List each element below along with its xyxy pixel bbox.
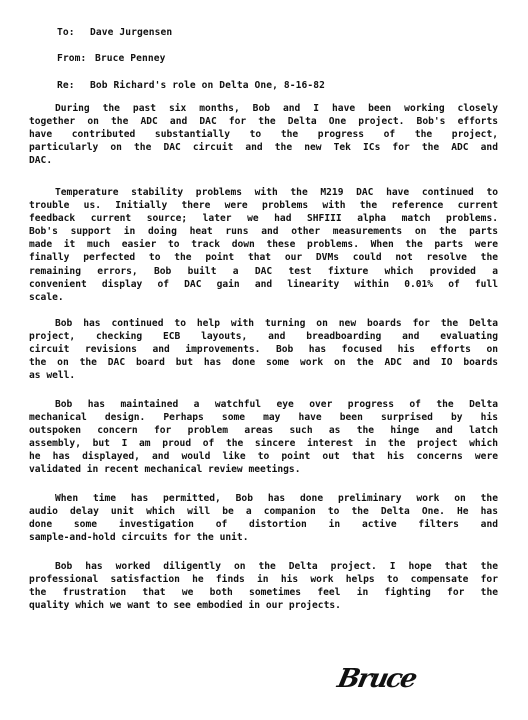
paragraph-line: he has displayed, and would like to poin… (29, 450, 498, 463)
paragraph-line: convenient display of DAC gain and linea… (29, 278, 498, 291)
paragraph-5: When time has permitted, Bob has done pr… (29, 492, 498, 544)
paragraph-line: done some investigation of distortion in… (29, 518, 498, 531)
from-line: From:Bruce Penney (57, 53, 166, 64)
from-sender: Bruce Penney (95, 53, 166, 64)
to-label: To: (57, 27, 90, 38)
signature: Bruce (335, 664, 418, 694)
paragraph-line: mechanical design. Perhaps some may have… (29, 411, 498, 424)
re-subject: Bob Richard's role on Delta One, 8-16-82 (90, 80, 325, 91)
paragraph-line: Temperature stability problems with the … (29, 186, 498, 199)
paragraph-line: Bob has maintained a watchful eye over p… (29, 398, 498, 411)
paragraph-4: Bob has maintained a watchful eye over p… (29, 398, 498, 477)
paragraph-line: DAC. (29, 154, 498, 167)
paragraph-line: professional satisfaction he finds in hi… (29, 573, 498, 586)
paragraph-line: audio delay unit which will be a compani… (29, 505, 498, 518)
paragraph-line: made it much easier to track down these … (29, 238, 498, 251)
paragraph-line: Bob has continued to help with turning o… (29, 317, 498, 330)
paragraph-line: the frustration that we both sometimes f… (29, 586, 498, 599)
paragraph-line: Bob has worked diligently on the Delta p… (29, 560, 498, 573)
paragraph-line: assembly, but I am proud of the sincere … (29, 437, 498, 450)
paragraph-line: quality which we want to see embodied in… (29, 599, 498, 612)
paragraph-line: sample-and-hold circuits for the unit. (29, 531, 498, 544)
paragraph-line: have contributed substantially to the pr… (29, 128, 498, 141)
paragraph-line: the on the DAC board but has done some w… (29, 356, 498, 369)
paragraph-line: particularly on the DAC circuit and the … (29, 141, 498, 154)
paragraph-line: When time has permitted, Bob has done pr… (29, 492, 498, 505)
to-recipient: Dave Jurgensen (90, 27, 172, 38)
from-label: From: (57, 53, 95, 64)
paragraph-line: Bob's support in doing heat runs and oth… (29, 225, 498, 238)
paragraph-line: feedback current source; later we had SH… (29, 212, 498, 225)
paragraph-line: outspoken concern for problem areas such… (29, 424, 498, 437)
paragraph-line: trouble us. Initially there were problem… (29, 199, 498, 212)
paragraph-line: project, checking ECB layouts, and bread… (29, 330, 498, 343)
paragraph-1: During the past six months, Bob and I ha… (29, 102, 498, 167)
paragraph-line: together on the ADC and DAC for the Delt… (29, 115, 498, 128)
paragraph-2: Temperature stability problems with the … (29, 186, 498, 304)
paragraph-line: remaining errors, Bob built a DAC test f… (29, 265, 498, 278)
re-line: Re:Bob Richard's role on Delta One, 8-16… (57, 80, 325, 91)
paragraph-3: Bob has continued to help with turning o… (29, 317, 498, 382)
memo-page: To:Dave Jurgensen From:Bruce Penney Re:B… (0, 0, 528, 720)
to-line: To:Dave Jurgensen (57, 27, 172, 38)
paragraph-6: Bob has worked diligently on the Delta p… (29, 560, 498, 612)
re-label: Re: (57, 80, 90, 91)
paragraph-line: finally perfected to the point that our … (29, 251, 498, 264)
paragraph-line: circuit revisions and improvements. Bob … (29, 343, 498, 356)
paragraph-line: scale. (29, 291, 498, 304)
paragraph-line: as well. (29, 369, 498, 382)
paragraph-line: During the past six months, Bob and I ha… (29, 102, 498, 115)
paragraph-line: validated in recent mechanical review me… (29, 463, 498, 476)
